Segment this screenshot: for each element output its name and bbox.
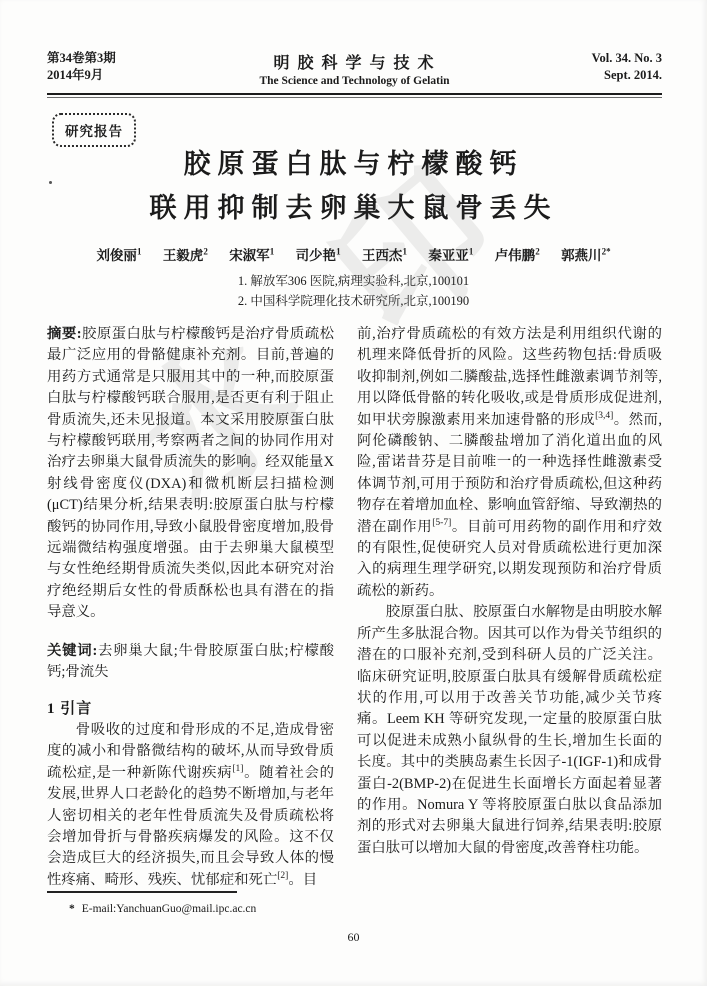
author: 郭燕川2* <box>561 248 611 263</box>
introduction-paragraph: 骨吸收的过度和骨形成的不足,造成骨密度的减小和骨骼微结构的破坏,从而导致骨质疏松… <box>47 720 334 891</box>
footnote-marker: * <box>69 903 75 915</box>
issue-info: 第34卷第3期 2014年9月 <box>47 50 177 84</box>
journal-name-cn: 明 胶 科 学 与 技 术 <box>177 50 532 73</box>
body-paragraph-collagen: 胶原蛋白肽、胶原蛋白水解物是由明胶水解所产生多肽混合物。因其可以作为骨关节组织的… <box>357 602 662 859</box>
footnote-divider <box>47 891 237 893</box>
abstract-text: 胶原蛋白肽与柠檬酸钙是治疗骨质疏松最广泛应用的骨骼健康补充剂。目前,普遍的用药方… <box>47 326 334 620</box>
header-divider <box>47 93 662 98</box>
author: 司少艳1 <box>296 248 341 263</box>
left-column: 摘要:胶原蛋白肽与柠檬酸钙是治疗骨质疏松最广泛应用的骨骼健康补充剂。目前,普遍的… <box>47 324 334 891</box>
reference-mark: [3,4] <box>595 411 613 421</box>
volume-info: Vol. 34. No. 3 Sept. 2014. <box>532 50 662 84</box>
right-column: 前,治疗骨质疏松的有效方法是利用组织代谢的机理来降低骨折的风险。这些药物包括:骨… <box>357 324 662 891</box>
author: 卢伟鹏2 <box>495 248 540 263</box>
keywords: 关键词:去卵巢大鼠;牛骨胶原蛋白肽;柠檬酸钙;骨流失 <box>47 641 334 684</box>
author: 王西杰1 <box>362 248 407 263</box>
affiliation-2: 2. 中国科学院理化技术研究所,北京,100190 <box>0 291 707 311</box>
article-body: 摘要:胶原蛋白肽与柠檬酸钙是治疗骨质疏松最广泛应用的骨骼健康补充剂。目前,普遍的… <box>0 311 707 891</box>
section-heading-introduction: 1 引言 <box>47 699 334 720</box>
reference-mark: [1] <box>232 764 243 774</box>
volume-number: Vol. 34. No. 3 <box>532 50 662 67</box>
author: 王毅虎2 <box>163 248 208 263</box>
issue-volume: 第34卷第3期 <box>47 50 177 67</box>
title-line-2: 联用抑制去卵巢大鼠骨丢失 <box>0 186 707 230</box>
abstract-label: 摘要: <box>47 326 82 342</box>
affiliation-1: 1. 解放军306 医院,病理实验科,北京,100101 <box>0 271 707 291</box>
body-paragraph-continuation: 前,治疗骨质疏松的有效方法是利用组织代谢的机理来降低骨折的风险。这些药物包括:骨… <box>357 324 662 602</box>
abstract: 摘要:胶原蛋白肽与柠檬酸钙是治疗骨质疏松最广泛应用的骨骼健康补充剂。目前,普遍的… <box>47 324 334 624</box>
keywords-label: 关键词: <box>47 643 97 659</box>
journal-name-en: The Science and Technology of Gelatin <box>177 75 532 87</box>
author: 宋淑军1 <box>229 248 274 263</box>
scan-speck <box>49 181 52 184</box>
footnote-text: E-mail:YanchuanGuo@mail.ipc.ac.cn <box>82 903 257 915</box>
journal-name: 明 胶 科 学 与 技 术 The Science and Technology… <box>177 50 532 87</box>
issue-date: 2014年9月 <box>47 67 177 84</box>
paper-page: 水印 第34卷第3期 2014年9月 明 胶 科 学 与 技 术 The Sci… <box>0 0 707 986</box>
reference-mark: [2] <box>277 871 288 881</box>
article-type-stamp: 研究报告 <box>52 113 136 147</box>
author: 秦亚亚1 <box>428 248 473 263</box>
journal-header: 第34卷第3期 2014年9月 明 胶 科 学 与 技 术 The Scienc… <box>0 0 707 87</box>
page-number: 60 <box>0 930 707 945</box>
reference-mark: [5-7] <box>432 518 451 528</box>
affiliations: 1. 解放军306 医院,病理实验科,北京,100101 2. 中国科学院理化技… <box>0 271 707 311</box>
author: 刘俊丽1 <box>96 248 141 263</box>
title-line-1: 胶原蛋白肽与柠檬酸钙 <box>0 142 707 186</box>
author-list: 刘俊丽1 王毅虎2 宋淑军1 司少艳1 王西杰1 秦亚亚1 卢伟鹏2 郭燕川2* <box>0 244 707 264</box>
footnote-email: *E-mail:YanchuanGuo@mail.ipc.ac.cn <box>47 903 407 915</box>
volume-date: Sept. 2014. <box>532 67 662 84</box>
article-title: 胶原蛋白肽与柠檬酸钙 联用抑制去卵巢大鼠骨丢失 <box>0 142 707 230</box>
